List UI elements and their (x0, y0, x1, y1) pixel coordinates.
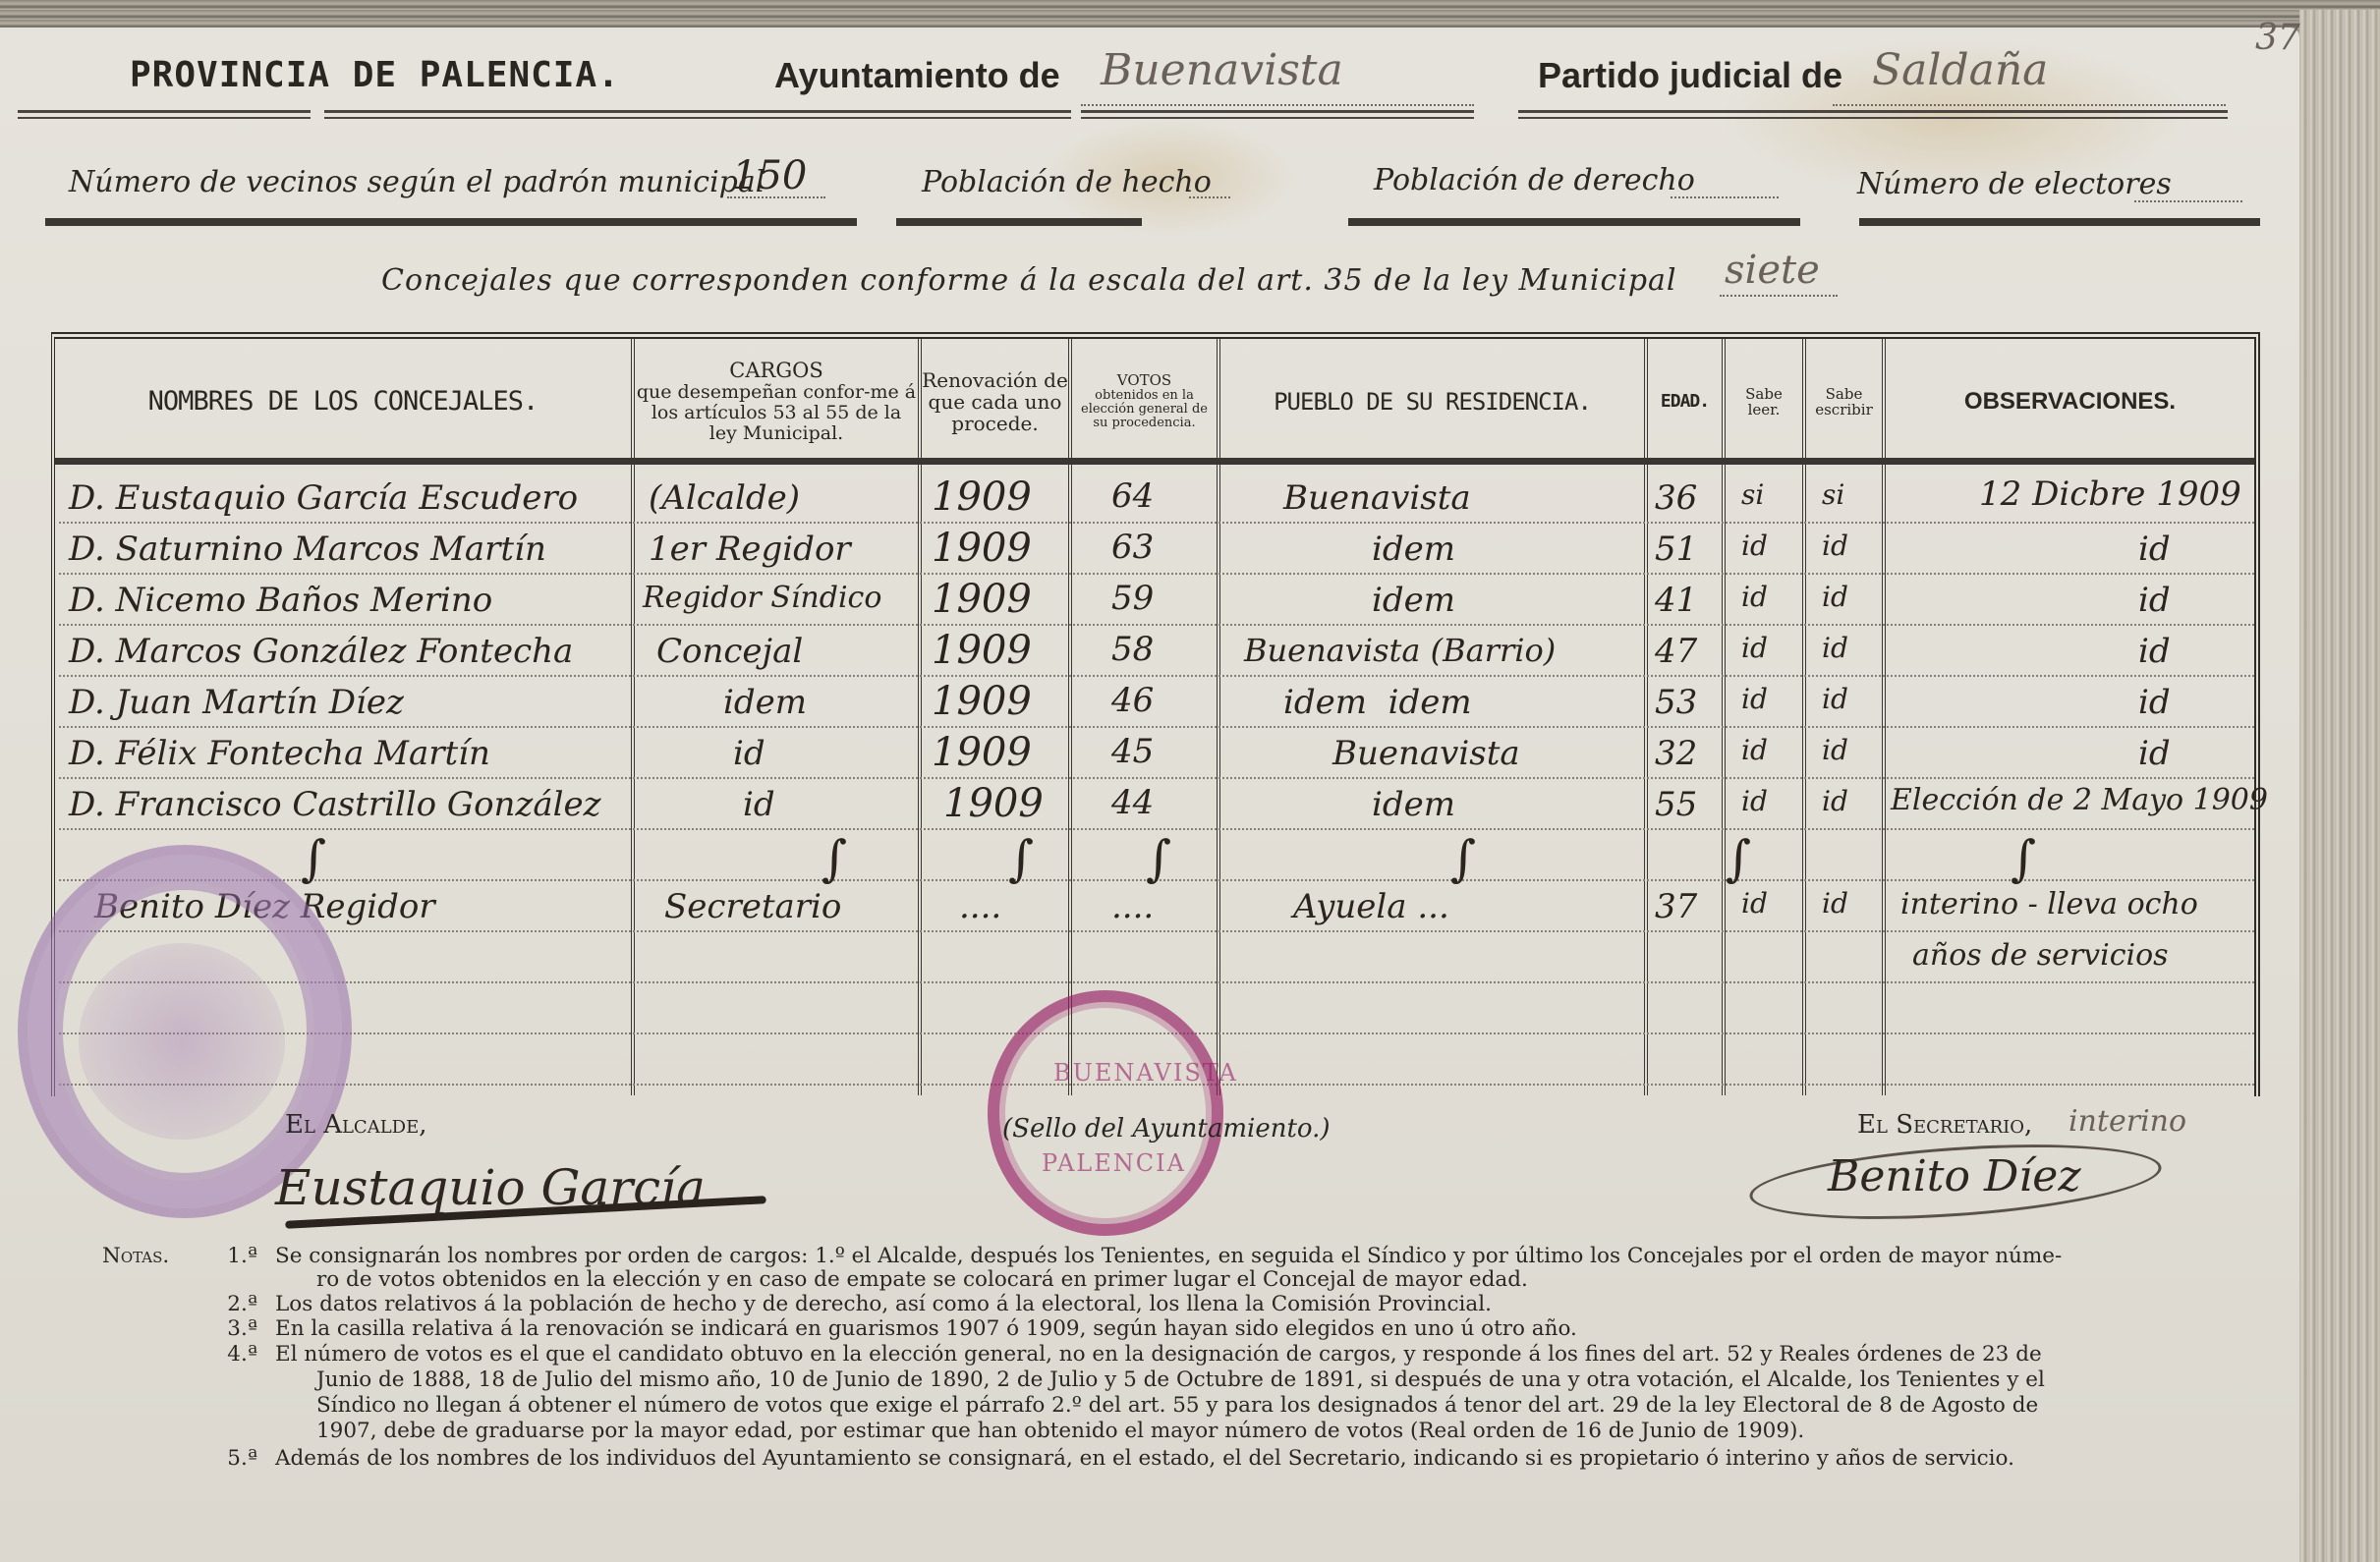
note-number: 1.ª (218, 1244, 257, 1269)
note-line: En la casilla relativa á la renovación s… (275, 1316, 1577, 1342)
note-number: 5.ª (218, 1446, 257, 1472)
note-number: 4.ª (218, 1342, 257, 1367)
note-line: 1907, debe de graduarse por la mayor eda… (316, 1419, 1804, 1444)
note-number: 3.ª (218, 1316, 257, 1342)
notes-title: Notas. (102, 1244, 169, 1269)
note-number: 2.ª (218, 1292, 257, 1317)
note-line: Síndico no llegan á obtener el número de… (316, 1393, 2038, 1419)
notes-section: Notas. 1.ª Se consignarán los nombres po… (0, 0, 2380, 1562)
note-line: ro de votos obtenidos en la elección y e… (316, 1267, 1528, 1293)
note-line: Los datos relativos á la población de he… (275, 1292, 1492, 1317)
note-line: Además de los nombres de los individuos … (275, 1446, 2014, 1472)
note-line: Se consignarán los nombres por orden de … (275, 1244, 2062, 1269)
note-line: El número de votos es el que el candidat… (275, 1342, 2042, 1367)
note-line: Junio de 1888, 18 de Julio del mismo año… (316, 1367, 2045, 1393)
